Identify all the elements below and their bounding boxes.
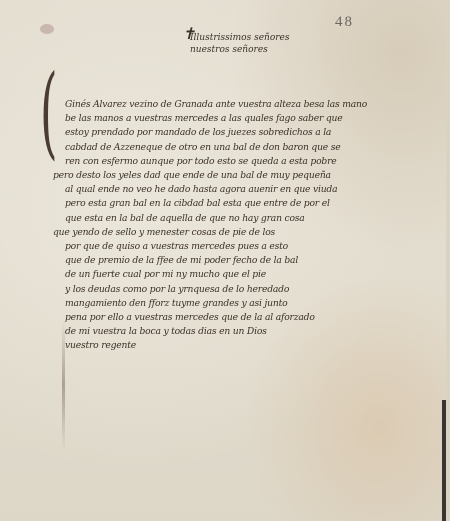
text-line: que esta en la bal de aquella de que no … xyxy=(65,212,420,226)
address-block: ✝ Illustrissimos señores nuestros señore… xyxy=(190,32,289,56)
text-line: al qual ende no veo he dado hasta agora … xyxy=(65,183,420,197)
text-line: vuestro regente xyxy=(65,339,420,353)
cross-icon: ✝ xyxy=(182,28,195,40)
text-line: estoy prendado por mandado de los juezes… xyxy=(65,126,420,140)
address-line: nuestros señores xyxy=(190,44,289,56)
manuscript-page: 48 ✝ Illustrissimos señores nuestros señ… xyxy=(0,0,446,521)
decorative-initial: ( xyxy=(40,62,58,162)
scan-edge xyxy=(442,400,446,521)
text-line: que de premio de la ffee de mi poder fec… xyxy=(65,254,420,268)
text-line: mangamiento den fforz tuyme grandes y as… xyxy=(65,297,420,311)
address-line: Illustrissimos señores xyxy=(190,32,289,44)
text-line: de mi vuestra la boca y todas dias en un… xyxy=(65,325,420,339)
text-line: pero esta gran bal en la cibdad bal esta… xyxy=(65,197,420,211)
text-line: pena por ello a vuestras mercedes que de… xyxy=(65,311,420,325)
text-line: pero desto los yeles dad que ende de una… xyxy=(53,169,420,183)
text-line: Ginés Alvarez vezino de Granada ante vue… xyxy=(65,98,420,112)
text-line: de un fuerte cual por mi ny mucho que el… xyxy=(65,268,420,282)
letter-body: Ginés Alvarez vezino de Granada ante vue… xyxy=(65,98,420,354)
text-line: que yendo de sello y menester cosas de p… xyxy=(53,226,420,240)
ink-stain xyxy=(40,24,54,34)
text-line: ren con esfermo aunque por todo esto se … xyxy=(65,155,420,169)
text-line: por que de quiso a vuestras mercedes pue… xyxy=(65,240,420,254)
text-line: cabdad de Azzeneque de otro en una bal d… xyxy=(65,141,420,155)
text-line: be las manos a vuestras mercedes a las q… xyxy=(65,112,420,126)
text-line: y los deudas como por la yrnquesa de lo … xyxy=(65,283,420,297)
folio-number: 48 xyxy=(335,14,354,31)
